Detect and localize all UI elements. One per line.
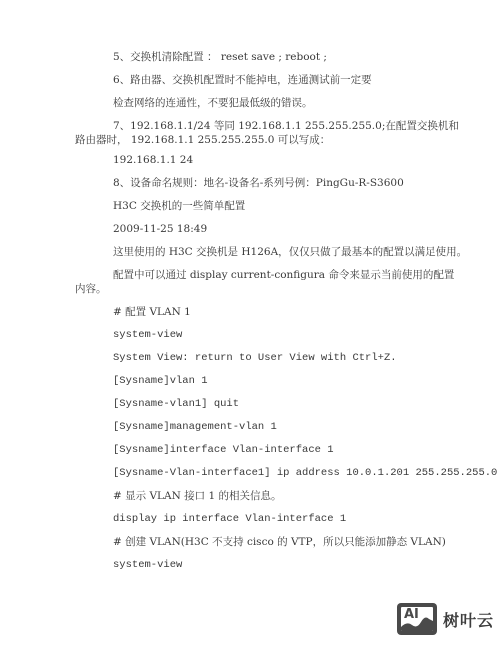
cmd-vlan1: [Sysname]vlan 1	[113, 374, 208, 388]
mountain-icon	[401, 607, 433, 631]
cmd-system-view-2: system-view	[113, 558, 182, 572]
section-title: H3C 交换机的一些简单配置	[113, 199, 245, 213]
text-line-intro: 这里使用的 H3C 交换机是 H126A，仅仅只做了最基本的配置以满足使用。	[113, 245, 467, 259]
text-line-check: 检查网络的连通性，不要犯最低级的错误。	[113, 96, 313, 110]
comment-show-vlan: # 显示 VLAN 接口 1 的相关信息。	[113, 489, 282, 503]
text-line-subnet-cont: 路由器时， 192.168.1.1 255.255.255.0 可以写成：	[75, 133, 330, 147]
watermark: AI 树叶云	[397, 603, 494, 635]
comment-config-vlan: # 配置 VLAN 1	[113, 305, 191, 319]
ai-logo-icon: AI	[397, 603, 437, 635]
text-line-reset: 5、交换机清除配置 ： reset save ; reboot ;	[113, 50, 327, 64]
comment-create-vlan: # 创建 VLAN(H3C 不支持 cisco 的 VTP，所以只能添加静态 V…	[113, 535, 446, 549]
text-line-naming: 8、设备命名规则：地名-设备名-系列号例：PingGu-R-S3600	[113, 176, 404, 190]
cmd-output-system-view: System View: return to User View with Ct…	[113, 351, 397, 365]
text-line-subnet: 7、192.168.1.1/24 等同 192.168.1.1 255.255.…	[113, 119, 459, 133]
text-line-ip-short: 192.168.1.1 24	[113, 153, 193, 167]
cmd-quit: [Sysname-vlan1] quit	[113, 397, 239, 411]
cmd-display-ip: display ip interface Vlan-interface 1	[113, 512, 346, 526]
cmd-management-vlan: [Sysname]management-vlan 1	[113, 420, 277, 434]
cmd-interface: [Sysname]interface Vlan-interface 1	[113, 443, 334, 457]
text-line-display: 配置中可以通过 display current-configura 命令来显示当…	[113, 268, 454, 282]
brand-name: 树叶云	[443, 608, 494, 631]
text-line-display-cont: 内容。	[75, 282, 107, 296]
text-line-power: 6、路由器、交换机配置时不能掉电，连通测试前一定要	[113, 73, 372, 87]
timestamp: 2009-11-25 18:49	[113, 222, 207, 236]
document-page: 5、交换机清除配置 ： reset save ; reboot ; 6、路由器、…	[0, 0, 500, 647]
cmd-ip-address: [Sysname-Vlan-interface1] ip address 10.…	[113, 466, 497, 480]
cmd-system-view: system-view	[113, 328, 182, 342]
